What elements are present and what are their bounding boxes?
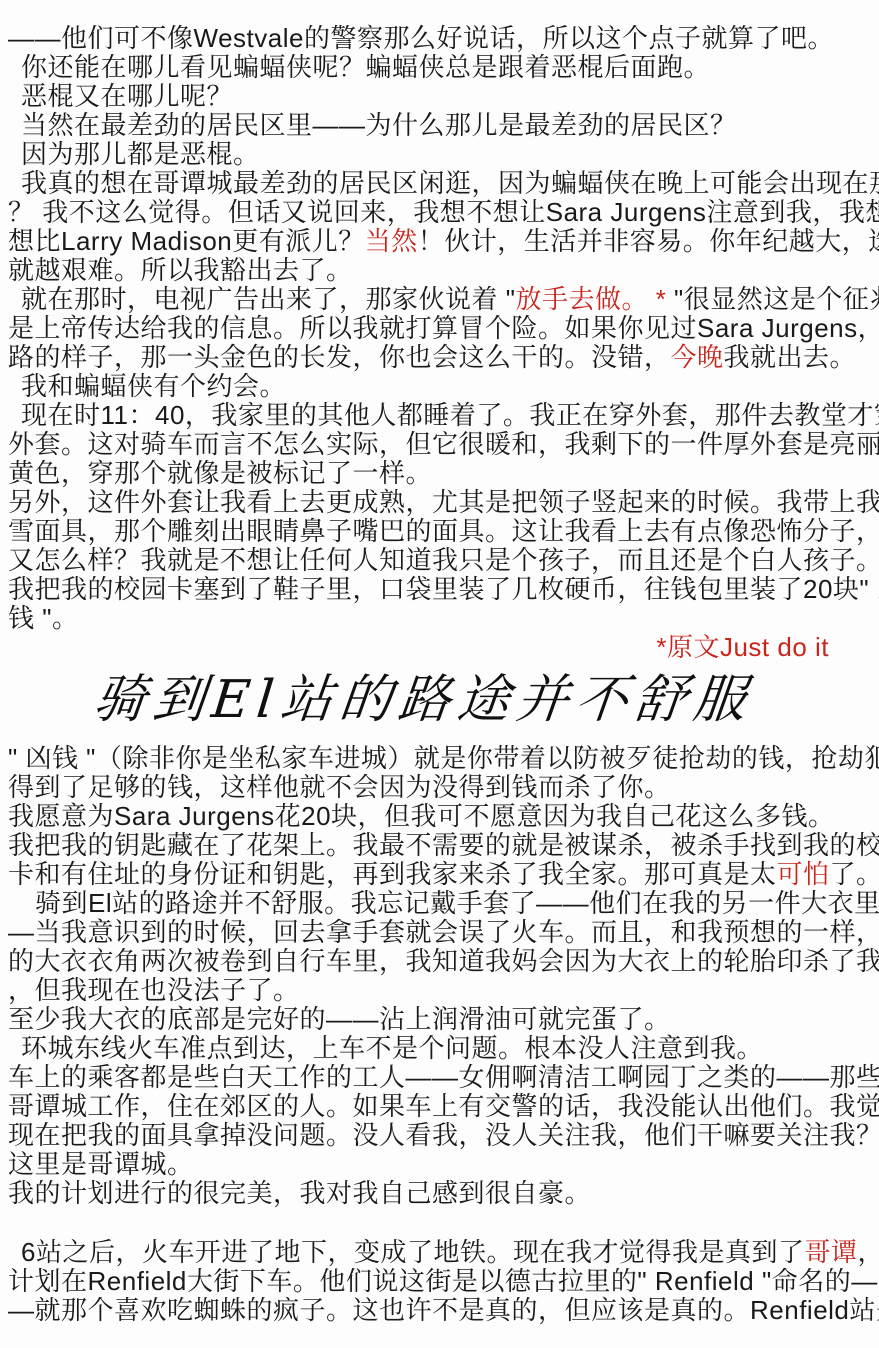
text-segment: 现在把我的面具拿掉没问题。没人看我，没人关注我，他们干嘛要关注我？ [8, 1120, 879, 1150]
text-line: 6站之后，火车开进了地下，变成了地铁。现在我才觉得我是真到了哥谭，我 [8, 1238, 875, 1267]
text-line: " 凶钱 "（除非你是坐私家车进城）就是你带着以防被歹徒抢劫的钱，抢劫犯 [8, 744, 875, 773]
paragraph-block-1: ——他们可不像Westvale的警察那么好说话，所以这个点子就算了吧。你还能在哪… [8, 24, 875, 633]
text-line: 就越艰难。所以我豁出去了。 [8, 256, 875, 285]
text-line: ？ 我不这么觉得。但话又说回来，我想不想让Sara Jurgens注意到我，我想… [8, 198, 875, 227]
text-line: 想比Larry Madison更有派儿？当然！伙计，生活并非容易。你年纪越大，选… [8, 227, 875, 256]
text-line: ，但我现在也没法子了。 [8, 976, 875, 1005]
text-segment: 环城东线火车准点到达，上车不是个问题。根本没人注意到我。 [21, 1033, 763, 1063]
text-segment: 恶棍又在哪儿呢？ [21, 81, 233, 111]
paragraph-block-2: " 凶钱 "（除非你是坐私家车进城）就是你带着以防被歹徒抢劫的钱，抢劫犯得到了足… [8, 744, 875, 1208]
text-line: 至少我大衣的底部是完好的——沾上润滑油可就完蛋了。 [8, 1005, 875, 1034]
text-segment: 骑到El站的路途并不舒服。我忘记戴手套了——他们在我的另一件大衣里— [35, 888, 879, 918]
text-line: 卡和有住址的身份证和钥匙，再到我家来杀了我全家。那可真是太可怕了。 [8, 860, 875, 889]
text-line: 外套。这对骑车而言不怎么实际，但它很暖和，我剩下的一件厚外套是亮丽的橙 [8, 430, 875, 459]
text-line: 你还能在哪儿看见蝙蝠侠呢？蝙蝠侠总是跟着恶棍后面跑。 [8, 53, 875, 82]
text-segment: 路的样子，那一头金色的长发，你也会这么干的。没错， [8, 342, 671, 372]
novel-page: ——他们可不像Westvale的警察那么好说话，所以这个点子就算了吧。你还能在哪… [0, 0, 879, 1348]
text-line: 我的计划进行的很完美，我对我自己感到很自豪。 [8, 1179, 875, 1208]
highlighted-text: 当然 [365, 226, 418, 256]
text-segment: 6站之后，火车开进了地下，变成了地铁。现在我才觉得我是真到了 [21, 1237, 804, 1267]
section-heading: 骑到El站的路途并不舒服 [91, 670, 878, 730]
text-segment: 哥谭城工作，住在郊区的人。如果车上有交警的话，我没能认出他们。我觉得 [8, 1091, 879, 1121]
text-segment: 我真的想在哥谭城最差劲的居民区闲逛，因为蝙蝠侠在晚上可能会出现在那里 [21, 168, 879, 198]
text-line: 钱 "。 [8, 604, 875, 633]
text-line: 计划在Renfield大街下车。他们说这街是以德古拉里的" Renfield "… [8, 1267, 875, 1296]
text-segment: "很显然这是个征兆， [674, 284, 879, 314]
text-segment: 我和蝙蝠侠有个约会。 [21, 371, 286, 401]
text-line: 又怎么样？我就是不想让任何人知道我只是个孩子，而且还是个白人孩子。 [8, 546, 875, 575]
text-line: 我和蝙蝠侠有个约会。 [8, 372, 875, 401]
text-line: 环城东线火车准点到达，上车不是个问题。根本没人注意到我。 [8, 1034, 875, 1063]
text-line: 是上帝传达给我的信息。所以我就打算冒个险。如果你见过Sara Jurgens，她… [8, 314, 875, 343]
text-segment: ，但我现在也没法子了。 [8, 975, 300, 1005]
text-segment: 我就出去。 [724, 342, 857, 372]
text-segment: ！伙计，生活并非容易。你年纪越大，选择 [418, 226, 879, 256]
text-segment: —就那个喜欢吃蜘蛛的疯子。这也许不是真的，但应该是真的。Renfield站是 [8, 1295, 879, 1325]
text-line: 路的样子，那一头金色的长发，你也会这么干的。没错，今晚我就出去。 [8, 343, 875, 372]
text-segment: 你还能在哪儿看见蝙蝠侠呢？蝙蝠侠总是跟着恶棍后面跑。 [21, 52, 710, 82]
text-line: 雪面具，那个雕刻出眼睛鼻子嘴巴的面具。这让我看上去有点像恐怖分子，但那 [8, 517, 875, 546]
text-line: 哥谭城工作，住在郊区的人。如果车上有交警的话，我没能认出他们。我觉得 [8, 1092, 875, 1121]
text-line: 当然在最差劲的居民区里——为什么那儿是最差劲的居民区？ [8, 111, 875, 140]
text-segment: 至少我大衣的底部是完好的——沾上润滑油可就完蛋了。 [8, 1004, 671, 1034]
text-segment: ？ 我不这么觉得。但话又说回来，我想不想让Sara Jurgens注意到我，我想… [8, 197, 879, 227]
text-segment: 另外，这件外套让我看上去更成熟，尤其是把领子竖起来的时候。我带上我的滑 [8, 487, 879, 517]
text-segment: 黄色，穿那个就像是被标记了一样。 [8, 458, 432, 488]
text-segment: 钱 "。 [8, 603, 78, 633]
text-segment: —当我意识到的时候，回去拿手套就会误了火车。而且，和我预想的一样，我 [8, 917, 879, 947]
text-segment: 是上帝传达给我的信息。所以我就打算冒个险。如果你见过Sara Jurgens，她… [8, 313, 879, 343]
text-segment: 我的计划进行的很完美，我对我自己感到很自豪。 [8, 1178, 591, 1208]
text-line: 车上的乘客都是些白天工作的工人——女佣啊清洁工啊园丁之类的——那些在 [8, 1063, 875, 1092]
text-line: 这里是哥谭城。 [8, 1150, 875, 1179]
text-line: 黄色，穿那个就像是被标记了一样。 [8, 459, 875, 488]
text-segment: 我把我的校园卡塞到了鞋子里，口袋里装了几枚硬币，往钱包里装了20块" 凶 [8, 574, 879, 604]
text-segment: 我把我的钥匙藏在了花架上。我最不需要的就是被谋杀，被杀手找到我的校园 [8, 830, 879, 860]
text-line: 恶棍又在哪儿呢？ [8, 82, 875, 111]
text-segment: 这里是哥谭城。 [8, 1149, 194, 1179]
text-segment: 我愿意为Sara Jurgens花20块，但我可不愿意因为我自己花这么多钱。 [8, 801, 835, 831]
text-line: 现在把我的面具拿掉没问题。没人看我，没人关注我，他们干嘛要关注我？ [8, 1121, 875, 1150]
text-segment: 了。 [830, 859, 879, 889]
paragraph-block-3: 6站之后，火车开进了地下，变成了地铁。现在我才觉得我是真到了哥谭，我计划在Ren… [8, 1238, 875, 1325]
text-segment: 就越艰难。所以我豁出去了。 [8, 255, 353, 285]
text-line: 现在时11：40，我家里的其他人都睡着了。我正在穿外套，那件去教堂才穿的 [8, 401, 875, 430]
text-line: 另外，这件外套让我看上去更成熟，尤其是把领子竖起来的时候。我带上我的滑 [8, 488, 875, 517]
text-line: 我把我的校园卡塞到了鞋子里，口袋里装了几枚硬币，往钱包里装了20块" 凶 [8, 575, 875, 604]
text-line: 我真的想在哥谭城最差劲的居民区闲逛，因为蝙蝠侠在晚上可能会出现在那里 [8, 169, 875, 198]
text-segment: 车上的乘客都是些白天工作的工人——女佣啊清洁工啊园丁之类的——那些在 [8, 1062, 879, 1092]
paragraph-gap [8, 1208, 875, 1238]
text-segment: ，我 [857, 1237, 879, 1267]
text-segment: 外套。这对骑车而言不怎么实际，但它很暖和，我剩下的一件厚外套是亮丽的橙 [8, 429, 879, 459]
highlighted-text: 放手去做。 * [515, 284, 674, 314]
text-segment: 因为那儿都是恶棍。 [21, 139, 260, 169]
text-segment: 卡和有住址的身份证和钥匙，再到我家来杀了我全家。那可真是太 [8, 859, 777, 889]
text-line: 我把我的钥匙藏在了花架上。我最不需要的就是被谋杀，被杀手找到我的校园 [8, 831, 875, 860]
text-line: —就那个喜欢吃蜘蛛的疯子。这也许不是真的，但应该是真的。Renfield站是 [8, 1296, 875, 1325]
text-segment: 得到了足够的钱，这样他就不会因为没得到钱而杀了你。 [8, 772, 671, 802]
translator-note: *原文Just do it [8, 633, 875, 662]
text-segment: 又怎么样？我就是不想让任何人知道我只是个孩子，而且还是个白人孩子。 [8, 545, 879, 575]
text-line: 得到了足够的钱，这样他就不会因为没得到钱而杀了你。 [8, 773, 875, 802]
text-line: 因为那儿都是恶棍。 [8, 140, 875, 169]
highlighted-text: 可怕 [777, 859, 830, 889]
text-line: 的大衣衣角两次被卷到自行车里，我知道我妈会因为大衣上的轮胎印杀了我的 [8, 947, 875, 976]
text-line: —当我意识到的时候，回去拿手套就会误了火车。而且，和我预想的一样，我 [8, 918, 875, 947]
text-line: 骑到El站的路途并不舒服。我忘记戴手套了——他们在我的另一件大衣里— [8, 889, 875, 918]
text-segment: ——他们可不像Westvale的警察那么好说话，所以这个点子就算了吧。 [8, 23, 834, 53]
text-line: 就在那时，电视广告出来了，那家伙说着 "放手去做。 * "很显然这是个征兆， [8, 285, 875, 314]
text-segment: 的大衣衣角两次被卷到自行车里，我知道我妈会因为大衣上的轮胎印杀了我的 [8, 946, 879, 976]
text-segment: 想比Larry Madison更有派儿？ [8, 226, 365, 256]
text-segment: 雪面具，那个雕刻出眼睛鼻子嘴巴的面具。这让我看上去有点像恐怖分子，但那 [8, 516, 879, 546]
highlighted-text: 今晚 [671, 342, 724, 372]
clipped-next-line: ▄ ▄▄ ▄ ▄ ▄▄ ▄ ▄▄▄ ▄ ▄ ▄▄ ▄ ▄ ▄▄ ▄ ▄ [8, 1325, 875, 1332]
text-segment: 就在那时，电视广告出来了，那家伙说着 " [21, 284, 515, 314]
highlighted-text: 哥谭 [804, 1237, 857, 1267]
text-segment: " 凶钱 "（除非你是坐私家车进城）就是你带着以防被歹徒抢劫的钱，抢劫犯 [8, 743, 879, 773]
text-line: 我愿意为Sara Jurgens花20块，但我可不愿意因为我自己花这么多钱。 [8, 802, 875, 831]
text-segment: 计划在Renfield大街下车。他们说这街是以德古拉里的" Renfield "… [8, 1266, 878, 1296]
text-segment: 当然在最差劲的居民区里——为什么那儿是最差劲的居民区？ [21, 110, 737, 140]
text-line: ——他们可不像Westvale的警察那么好说话，所以这个点子就算了吧。 [8, 24, 875, 53]
text-segment: 现在时11：40，我家里的其他人都睡着了。我正在穿外套，那件去教堂才穿的 [21, 400, 879, 430]
